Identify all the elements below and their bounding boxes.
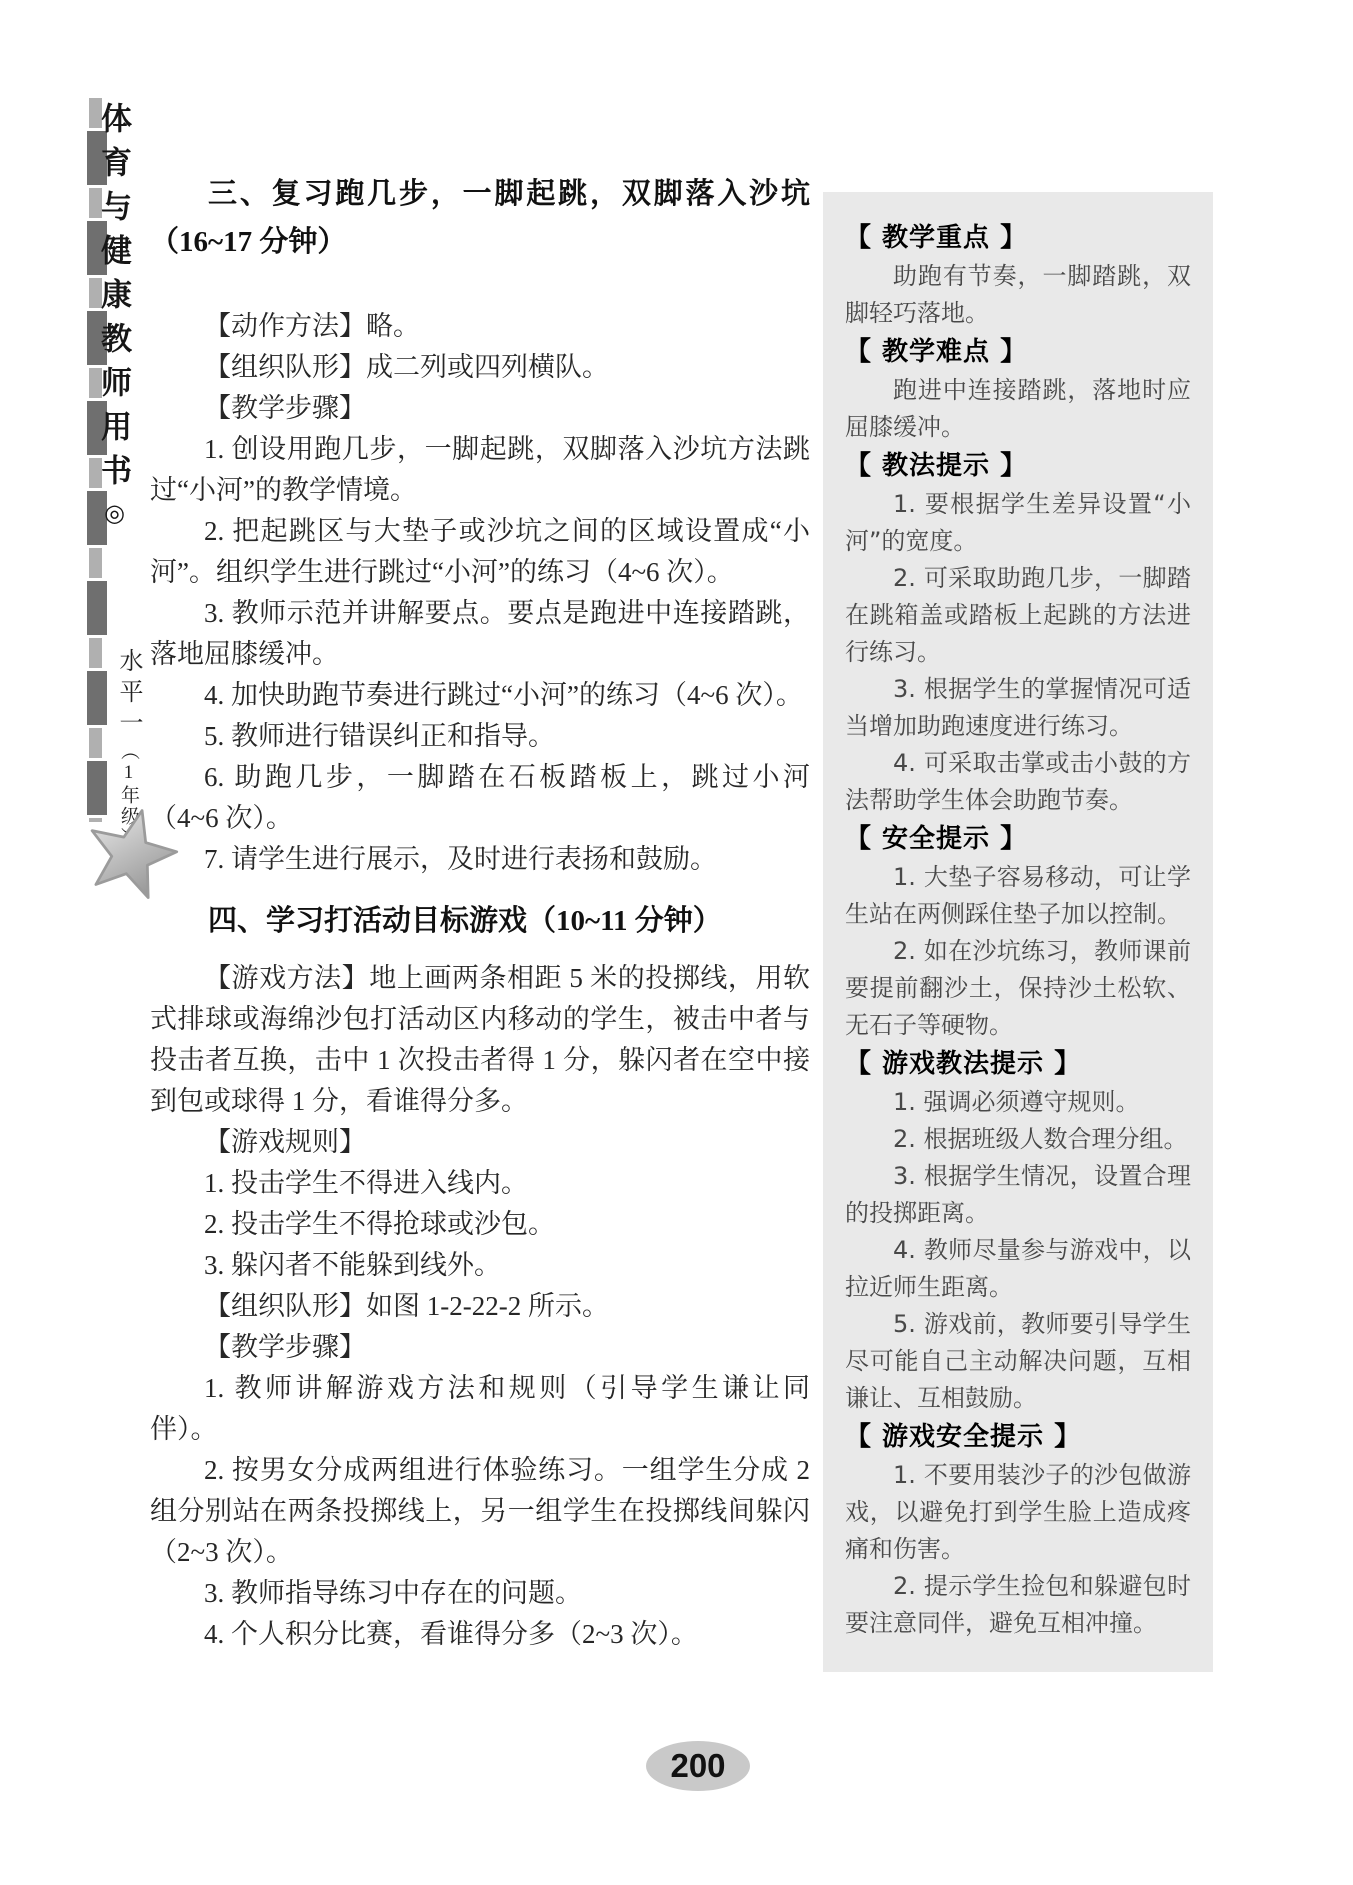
page-number-badge: 200 bbox=[646, 1741, 750, 1791]
section-4-heading: 四、学习打活动目标游戏（10~11 分钟） bbox=[150, 898, 810, 944]
paragraph: 【教学步骤】 bbox=[150, 1327, 810, 1368]
sidebar-section-teaching-focus: 【 教学重点 】 助跑有节奏，一脚踏跳，双脚轻巧落地。 bbox=[845, 218, 1191, 332]
paragraph: 1. 教师讲解游戏方法和规则（引导学生谦让同伴）。 bbox=[150, 1368, 810, 1450]
paragraph: 【教学步骤】 bbox=[150, 388, 810, 429]
sidebar-note: 3. 根据学生情况，设置合理的投掷距离。 bbox=[845, 1158, 1191, 1232]
sidebar-note: 4. 教师尽量参与游戏中，以拉近师生距离。 bbox=[845, 1232, 1191, 1306]
sidebar-note: 2. 如在沙坑练习，教师课前要提前翻沙土，保持沙土松软、无石子等硬物。 bbox=[845, 933, 1191, 1044]
paragraph: 4. 加快助跑节奏进行跳过“小河”的练习（4~6 次）。 bbox=[150, 675, 810, 716]
sidebar-note: 1. 不要用装沙子的沙包做游戏，以避免打到学生脸上造成疼痛和伤害。 bbox=[845, 1457, 1191, 1568]
level-text: 水平一 bbox=[115, 648, 141, 741]
paragraph: 【组织队形】成二列或四列横队。 bbox=[150, 347, 810, 388]
sidebar-note: 1. 大垫子容易移动，可让学生站在两侧踩住垫子加以控制。 bbox=[845, 859, 1191, 933]
paragraph: 2. 投击学生不得抢球或沙包。 bbox=[150, 1204, 810, 1245]
paragraph: 3. 教师指导练习中存在的问题。 bbox=[150, 1573, 810, 1614]
sidebar-section-safety-tips: 【 安全提示 】 1. 大垫子容易移动，可让学生站在两侧踩住垫子加以控制。2. … bbox=[845, 819, 1191, 1044]
sidebar-section-title: 【 安全提示 】 bbox=[845, 819, 1191, 859]
sidebar-note: 跑进中连接踏跳，落地时应屈膝缓冲。 bbox=[845, 372, 1191, 446]
sidebar-note: 助跑有节奏，一脚踏跳，双脚轻巧落地。 bbox=[845, 258, 1191, 332]
paragraph: 【组织队形】如图 1-2-22-2 所示。 bbox=[150, 1286, 810, 1327]
sidebar-note: 1. 强调必须遵守规则。 bbox=[845, 1084, 1191, 1121]
paragraph: 2. 按男女分成两组进行体验练习。一组学生分成 2 组分别站在两条投掷线上，另一… bbox=[150, 1450, 810, 1573]
double-circle-mark: ◎ bbox=[100, 498, 126, 527]
paragraph: 7. 请学生进行展示，及时进行表扬和鼓励。 bbox=[150, 839, 810, 880]
sidebar-note: 4. 可采取击掌或击小鼓的方法帮助学生体会助跑节奏。 bbox=[845, 745, 1191, 819]
sidebar-section-teaching-difficulty: 【 教学难点 】 跑进中连接踏跳，落地时应屈膝缓冲。 bbox=[845, 332, 1191, 446]
sidebar-section-teaching-tips: 【 教法提示 】 1. 要根据学生差异设置“小河”的宽度。2. 可采取助跑几步，… bbox=[845, 446, 1191, 819]
paragraph: 3. 躲闪者不能躲到线外。 bbox=[150, 1245, 810, 1286]
section-4-body: 【游戏方法】地上画两条相距 5 米的投掷线，用软式排球或海绵沙包打活动区内移动的… bbox=[150, 958, 810, 1655]
sidebar-note: 2. 提示学生捡包和躲避包时要注意同伴，避免互相冲撞。 bbox=[845, 1568, 1191, 1642]
sidebar-section-title: 【 游戏教法提示 】 bbox=[845, 1044, 1191, 1084]
paragraph: 2. 把起跳区与大垫子或沙坑之间的区域设置成“小河”。组织学生进行跳过“小河”的… bbox=[150, 511, 810, 593]
sidebar-note: 1. 要根据学生差异设置“小河”的宽度。 bbox=[845, 486, 1191, 560]
sidebar-section-game-teaching-tips: 【 游戏教法提示 】 1. 强调必须遵守规则。2. 根据班级人数合理分组。3. … bbox=[845, 1044, 1191, 1417]
sidebar-note: 2. 可采取助跑几步，一脚踏在跳箱盖或踏板上起跳的方法进行练习。 bbox=[845, 560, 1191, 671]
sidebar-section-title: 【 教学难点 】 bbox=[845, 332, 1191, 372]
book-page: 体育与健康教师用书◎ 水平一（1年级） 三、复习跑几步，一脚起跳，双脚落入沙坑（… bbox=[0, 0, 1353, 1885]
paragraph: 6. 助跑几步，一脚踏在石板踏板上，跳过小河（4~6 次）。 bbox=[150, 757, 810, 839]
teaching-notes-sidebar: 【 教学重点 】 助跑有节奏，一脚踏跳，双脚轻巧落地。 【 教学难点 】 跑进中… bbox=[823, 192, 1213, 1672]
sidebar-section-title: 【 游戏安全提示 】 bbox=[845, 1417, 1191, 1457]
sidebar-note: 5. 游戏前，教师要引导学生尽可能自己主动解决问题，互相谦让、互相鼓励。 bbox=[845, 1306, 1191, 1417]
paragraph: 3. 教师示范并讲解要点。要点是跑进中连接踏跳，落地屈膝缓冲。 bbox=[150, 593, 810, 675]
page-number: 200 bbox=[670, 1747, 725, 1785]
paragraph: 1. 创设用跑几步，一脚起跳，双脚落入沙坑方法跳过“小河”的教学情境。 bbox=[150, 429, 810, 511]
book-title-text: 体育与健康教师用书 bbox=[96, 102, 131, 498]
lesson-content: 三、复习跑几步，一脚起跳，双脚落入沙坑（16~17 分钟） 【动作方法】略。【组… bbox=[150, 148, 810, 1655]
sidebar-note: 3. 根据学生的掌握情况可适当增加助跑速度进行练习。 bbox=[845, 671, 1191, 745]
paragraph: 【动作方法】略。 bbox=[150, 306, 810, 347]
paragraph: 5. 教师进行错误纠正和指导。 bbox=[150, 716, 810, 757]
paragraph: 【游戏规则】 bbox=[150, 1122, 810, 1163]
book-spine-title: 体育与健康教师用书◎ bbox=[98, 102, 129, 527]
section-3-body: 【动作方法】略。【组织队形】成二列或四列横队。【教学步骤】1. 创设用跑几步，一… bbox=[150, 306, 810, 880]
paragraph: 1. 投击学生不得进入线内。 bbox=[150, 1163, 810, 1204]
sidebar-section-game-safety-tips: 【 游戏安全提示 】 1. 不要用装沙子的沙包做游戏，以避免打到学生脸上造成疼痛… bbox=[845, 1417, 1191, 1642]
section-3-heading: 三、复习跑几步，一脚起跳，双脚落入沙坑（16~17 分钟） bbox=[150, 170, 810, 266]
paragraph: 【游戏方法】地上画两条相距 5 米的投掷线，用软式排球或海绵沙包打活动区内移动的… bbox=[150, 958, 810, 1122]
sidebar-note: 2. 根据班级人数合理分组。 bbox=[845, 1121, 1191, 1158]
paragraph: 4. 个人积分比赛，看谁得分多（2~3 次）。 bbox=[150, 1614, 810, 1655]
sidebar-section-title: 【 教法提示 】 bbox=[845, 446, 1191, 486]
sidebar-section-title: 【 教学重点 】 bbox=[845, 218, 1191, 258]
